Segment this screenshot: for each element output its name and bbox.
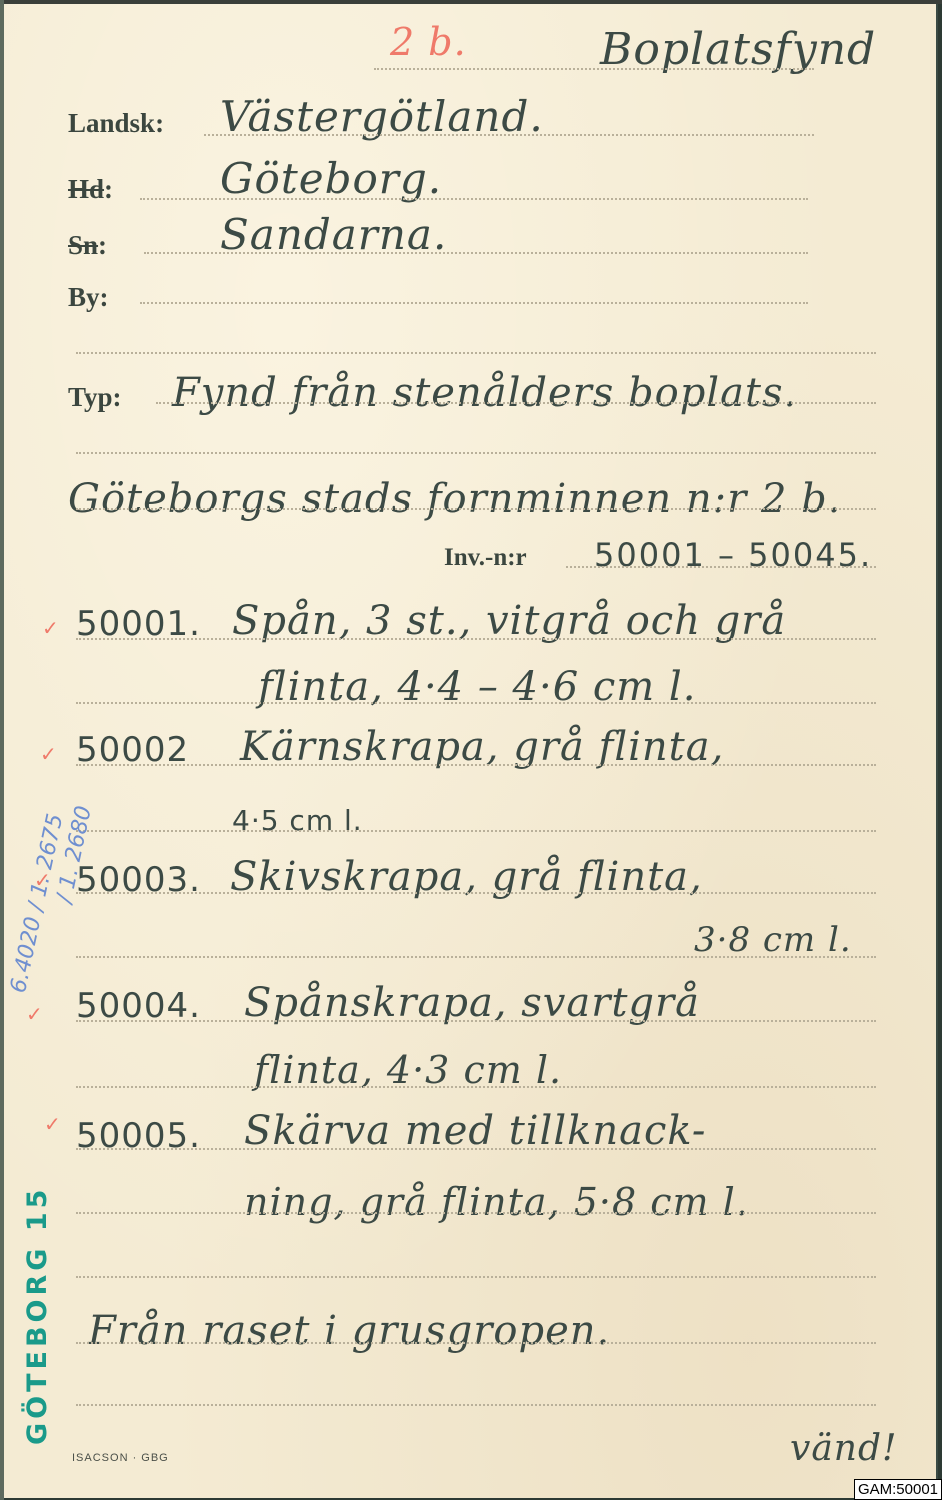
dotted-line — [156, 402, 876, 404]
red-checkmark-icon: ✓ — [26, 1002, 43, 1026]
item-number: 50005. — [76, 1116, 201, 1156]
dotted-line — [76, 1276, 876, 1278]
dotted-line — [374, 68, 814, 70]
field-label-by: By: — [68, 282, 109, 313]
dotted-line — [76, 1148, 876, 1150]
dotted-line — [76, 352, 876, 354]
item-line-2: 4·5 cm l. — [232, 804, 363, 837]
dotted-line — [76, 1212, 876, 1214]
inventory-label: Inv.-n:r — [444, 544, 527, 572]
dotted-line — [76, 1404, 876, 1406]
field-label-landsk: Landsk: — [68, 108, 164, 139]
field-label-hd: Hd: — [68, 174, 113, 205]
dotted-line — [76, 956, 876, 958]
dotted-line — [76, 764, 876, 766]
dotted-line — [204, 134, 814, 136]
dotted-line — [76, 638, 876, 640]
red-checkmark-icon: ✓ — [40, 742, 57, 766]
catalog-id-label: GAM:50001 — [854, 1479, 942, 1500]
dotted-line — [140, 302, 808, 304]
find-note: Från raset i grusgropen. — [88, 1308, 610, 1354]
dotted-line — [76, 508, 876, 510]
typ-label: Typ: — [68, 382, 122, 413]
label-text: Sn — [68, 230, 98, 260]
typ-value: Fynd från stenålders boplats. — [172, 370, 797, 416]
item-line-2: ning, grå flinta, 5·8 cm l. — [244, 1180, 749, 1224]
item-line-2: 3·8 cm l. — [694, 920, 852, 960]
archive-card: 2 b. Boplatsfynd Landsk: Västergötland. … — [4, 4, 938, 1498]
field-value-hd: Göteborg. — [220, 154, 442, 203]
label-colon: : — [104, 174, 113, 204]
dotted-line — [76, 1020, 876, 1022]
dotted-line — [76, 1342, 876, 1344]
card-number-red: 2 b. — [390, 20, 467, 64]
field-label-sn: Sn: — [68, 230, 107, 261]
dotted-line — [140, 198, 808, 200]
dotted-line — [566, 566, 876, 568]
item-number: 50003. — [76, 860, 201, 900]
turn-over-note: vänd! — [790, 1428, 898, 1469]
dotted-line — [76, 1086, 876, 1088]
red-checkmark-icon: ✓ — [44, 1112, 61, 1136]
inventory-range: 50001 – 50045. — [594, 536, 872, 574]
dotted-line — [144, 252, 808, 254]
dotted-line — [76, 452, 876, 454]
gothenburg-stamp: GÖTEBORG 15 — [22, 1186, 53, 1445]
dotted-line — [76, 702, 876, 704]
label-text: Hd — [68, 174, 104, 204]
dotted-line — [76, 892, 876, 894]
printer-imprint: ISACSON · GBG — [72, 1452, 169, 1464]
dotted-line — [76, 830, 876, 832]
reference-line: Göteborgs stads fornminnen n:r 2 b. — [68, 476, 841, 522]
red-checkmark-icon: ✓ — [42, 616, 59, 640]
label-colon: : — [98, 230, 107, 260]
